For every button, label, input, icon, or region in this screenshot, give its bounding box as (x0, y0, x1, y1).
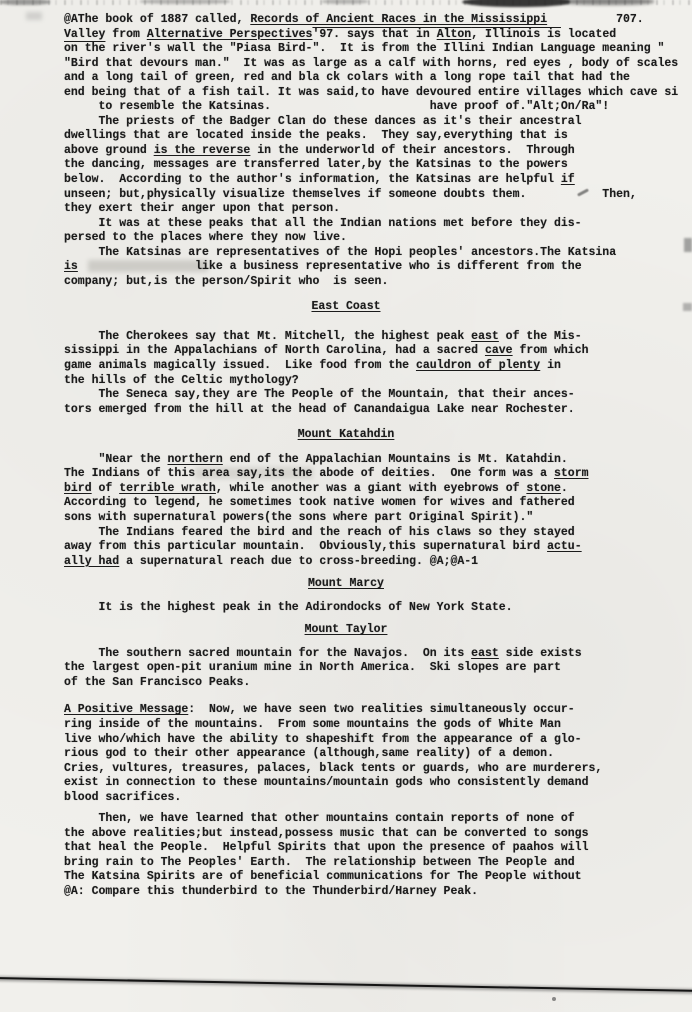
scan-smudge-top-dark (462, 0, 570, 7)
text-line: bring rain to The Peoples' Earth. The re… (64, 856, 692, 871)
text-run: : Now, we have seen two realities simult… (188, 703, 574, 716)
scan-noise-top (0, 0, 692, 5)
text-line: The Katsinas are representatives of the … (64, 246, 692, 261)
underlined-text: cave (485, 344, 513, 357)
text-run: to resemble the Katsinas. have proof of.… (64, 100, 609, 113)
text-line: company; but,is the person/Spirit who is… (64, 275, 692, 290)
text-line: below. According to the author's informa… (64, 173, 692, 188)
scan-smudge-top-1 (140, 0, 230, 4)
underlined-text: Records of Ancient Races in the Mississi… (250, 13, 547, 26)
text-line: end being that of a fish tail. It was sa… (64, 86, 692, 101)
underlined-text: East Coast (311, 300, 380, 313)
text-run: the hills of the Celtic mythology? (64, 374, 299, 387)
underlined-text: stone (526, 482, 561, 495)
text-line: The Indians feared the bird and the reac… (64, 526, 692, 541)
underlined-text: Mount Katahdin (298, 428, 395, 441)
text-run: the above realities;but instead,possess … (64, 827, 589, 840)
text-line: Cries, vultures, treasures, palaces, bla… (64, 762, 692, 777)
underlined-text: east (471, 647, 499, 660)
text-line: the dancing, messages are transferred la… (64, 158, 692, 173)
text-run: The Katsinas are representatives of the … (64, 246, 616, 259)
text-line: sons with supernatural powers(the sons w… (64, 511, 692, 526)
text-line: "Bird that devours man." It was as large… (64, 57, 692, 72)
text-line: The southern sacred mountain for the Nav… (64, 647, 692, 662)
text-run: located (561, 28, 616, 41)
text-run: live who/which have the ability to shape… (64, 733, 582, 746)
text-run: Cries, vultures, treasures, palaces, bla… (64, 762, 602, 775)
underlined-text: Alternative Perspectives (147, 28, 313, 41)
text-run: they exert their anger upon that person. (64, 202, 340, 215)
text-run: a supernatural reach due to cross-breedi… (119, 555, 478, 568)
text-line: of the San Francisco Peaks. (64, 676, 692, 691)
text-run: The Indians feared the bird and the reac… (64, 526, 575, 539)
text-run: It is the highest peak in the Adirondock… (64, 601, 513, 614)
text-line: unseen; but,physically visualize themsel… (64, 188, 692, 203)
text-run: side exists (499, 647, 582, 660)
text-run: '97. says that in (312, 28, 436, 41)
text-line: Valley from Alternative Perspectives'97.… (64, 28, 692, 43)
scan-mark-left-margin (26, 12, 42, 20)
underlined-text: east (471, 330, 499, 343)
text-run: 707. (547, 13, 644, 26)
text-line: that heal the People. Helpful Spirits th… (64, 841, 692, 856)
underlined-text: bird (64, 482, 92, 495)
text-run: tors emerged from the hill at the head o… (64, 403, 575, 416)
text-line: is like a business representative who is… (64, 260, 692, 275)
text-line: blood sacrifices. (64, 791, 692, 806)
line-positive-message: A Positive Message: Now, we have seen tw… (64, 703, 692, 718)
text-run: blood sacrifices. (64, 791, 181, 804)
scan-line-bottom (0, 977, 692, 992)
text-line: The priests of the Badger Clan do these … (64, 115, 692, 130)
text-run: persed to the places where they now live… (64, 231, 347, 244)
text-line: dwellings that are located inside the pe… (64, 129, 692, 144)
text-line: It is the highest peak in the Adirondock… (64, 601, 692, 616)
text-line: The Indians of this area say,its the abo… (64, 467, 692, 482)
text-run: away from this particular mountain. Obvi… (64, 540, 547, 553)
text-run: river's wall the "Piasa Bird-". It is fr… (105, 42, 664, 55)
text-run: The southern sacred mountain for the Nav… (64, 647, 471, 660)
text-run: of the San Francisco Peaks. (64, 676, 250, 689)
text-line: The Seneca say,they are The People of th… (64, 388, 692, 403)
text-run: According to legend, he sometimes took n… (64, 496, 575, 509)
line-title: @AThe book of 1887 called, Records of An… (64, 13, 692, 28)
text-line: exist in connection to these mountains/m… (64, 776, 692, 791)
scan-dot-bottom (552, 997, 556, 1001)
heading-mount-taylor: Mount Taylor (0, 623, 692, 638)
text-line: rious god to their other appearance (alt… (64, 747, 692, 762)
text-line: above ground is the reverse in the under… (64, 144, 692, 159)
text-run: on the (64, 42, 105, 55)
text-run: It was at these peaks that all the India… (64, 217, 582, 230)
text-run: game animals magically issued. Like food… (64, 359, 416, 372)
text-run: in the underworld of their ancestors. Th… (250, 144, 574, 157)
underlined-text: if (561, 173, 575, 186)
text-line: "Near the northern end of the Appalachia… (64, 453, 692, 468)
scan-line-bottom-blur (0, 976, 692, 994)
text-run: . (561, 482, 568, 495)
text-line: persed to the places where they now live… (64, 231, 692, 246)
text-run: ring inside of the mountains. From some … (64, 718, 561, 731)
underlined-text: northern (168, 453, 223, 466)
underlined-text: Mount Marcy (308, 577, 384, 590)
underlined-text: A Positive Message (64, 703, 188, 716)
text-run: and a long tail of green, red and bla ck… (64, 71, 630, 84)
text-run: the dancing, messages are transferred la… (64, 158, 568, 171)
text-run: @AThe book of 1887 called, (64, 13, 250, 26)
underlined-text: cauldron of plenty (416, 359, 540, 372)
text-run: that heal the People. Helpful Spirits th… (64, 841, 589, 854)
underlined-text: is (64, 260, 78, 273)
text-run: like a business representative who is di… (78, 260, 582, 273)
scan-smudge-top-right (562, 0, 654, 5)
text-run: The Cherokees say that Mt. Mitchell, the… (64, 330, 471, 343)
text-run: "Near the (64, 453, 168, 466)
text-run: @A: Compare this thunderbird to the Thun… (64, 885, 478, 898)
heading-mount-katahdin: Mount Katahdin (0, 428, 692, 443)
text-run: exist in connection to these mountains/m… (64, 776, 589, 789)
text-line: the largest open-pit uranium mine in Nor… (64, 661, 692, 676)
text-line: According to legend, he sometimes took n… (64, 496, 692, 511)
text-line: tors emerged from the hill at the head o… (64, 403, 692, 418)
underlined-text: ally had (64, 555, 119, 568)
scan-smudge-top-left (0, 0, 50, 5)
text-run: The priests of the Badger Clan do these … (64, 115, 582, 128)
text-line: live who/which have the ability to shape… (64, 733, 692, 748)
text-run: from which (513, 344, 589, 357)
text-line: The Cherokees say that Mt. Mitchell, the… (64, 330, 692, 345)
text-run: company; but,is the person/Spirit who is… (64, 275, 388, 288)
text-run: bring rain to The Peoples' Earth. The re… (64, 856, 575, 869)
text-run: the largest open-pit uranium mine in Nor… (64, 661, 561, 674)
text-line: It was at these peaks that all the India… (64, 217, 692, 232)
text-run: end of the Appalachian Mountains is Mt. … (223, 453, 568, 466)
text-run: Then, we have learned that other mountai… (64, 812, 575, 825)
text-line: they exert their anger upon that person. (64, 202, 692, 217)
text-run: sissippi in the Appalachians of North Ca… (64, 344, 485, 357)
text-line: game animals magically issued. Like food… (64, 359, 692, 374)
underlined-text: is the reverse (154, 144, 251, 157)
text-line: to resemble the Katsinas. have proof of.… (64, 100, 692, 115)
underlined-text: terrible wrath (119, 482, 216, 495)
underlined-text: Mount Taylor (305, 623, 388, 636)
text-run: sons with supernatural powers(the sons w… (64, 511, 533, 524)
text-run: The Indians of this area say,its the abo… (64, 467, 554, 480)
text-line: and a long tail of green, red and bla ck… (64, 71, 692, 86)
text-run: unseen; but,physically visualize themsel… (64, 188, 637, 201)
text-run: end being that of a fish tail. It was sa… (64, 86, 678, 99)
text-run: rious god to their other appearance (alt… (64, 747, 554, 760)
text-run: "Bird that devours man." It was as large… (64, 57, 678, 70)
text-run: The Katsina Spirits are of beneficial co… (64, 870, 582, 883)
text-line: sissippi in the Appalachians of North Ca… (64, 344, 692, 359)
text-line: away from this particular mountain. Obvi… (64, 540, 692, 555)
text-run: in (540, 359, 561, 372)
text-run: Valley from (64, 28, 147, 41)
heading-mount-marcy: Mount Marcy (0, 577, 692, 592)
scan-smudge-top-2 (322, 0, 368, 4)
text-line: the hills of the Celtic mythology? (64, 374, 692, 389)
text-line: The Katsina Spirits are of beneficial co… (64, 870, 692, 885)
text-run: dwellings that are located inside the pe… (64, 129, 568, 142)
text-line: ally had a supernatural reach due to cro… (64, 555, 692, 570)
text-line: Then, we have learned that other mountai… (64, 812, 692, 827)
text-run: below. According to the author's informa… (64, 173, 561, 186)
text-line: on the river's wall the "Piasa Bird-". I… (64, 42, 692, 57)
heading-east-coast: East Coast (0, 300, 692, 315)
text-line: @A: Compare this thunderbird to the Thun… (64, 885, 692, 900)
scanned-page: @AThe book of 1887 called, Records of An… (0, 0, 692, 1012)
underlined-text: Alton (437, 28, 472, 41)
page-text: @AThe book of 1887 called, Records of An… (64, 13, 692, 900)
text-run: above ground (64, 144, 154, 157)
text-run: , while another was a giant with eyebrow… (216, 482, 527, 495)
text-run: , Illinois is (471, 28, 561, 41)
underlined-text: storm (554, 467, 589, 480)
text-line: ring inside of the mountains. From some … (64, 718, 692, 733)
underlined-text: actu- (547, 540, 582, 553)
text-run: of (92, 482, 120, 495)
text-run: of the Mis- (499, 330, 582, 343)
text-line: bird of terrible wrath, while another wa… (64, 482, 692, 497)
text-line: the above realities;but instead,possess … (64, 827, 692, 842)
text-run: The Seneca say,they are The People of th… (64, 388, 575, 401)
